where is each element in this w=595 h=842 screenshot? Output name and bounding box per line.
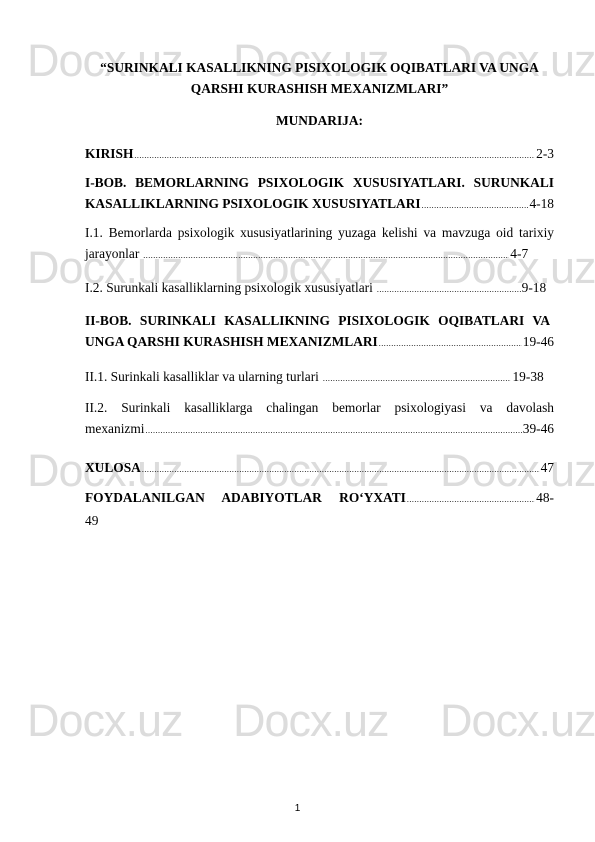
toc-entry-text: UNGA QARSHI KURASHISH MEXANIZMLARI (85, 331, 378, 352)
watermark: Docx.uz (27, 698, 183, 743)
toc-leader-dots (142, 459, 540, 480)
document-title-line2: QARSHI KURASHISH MEXANIZMLARI” (85, 78, 554, 99)
toc-page-range: 4-7 (510, 243, 528, 264)
toc-entry-references[interactable]: FOYDALANILGAN ADABIYOTLAR RO‘YXATI 48- 4… (85, 487, 554, 531)
page-number: 1 (0, 803, 595, 814)
toc-entry-chapter-2[interactable]: II-BOB. SURINKALI KASALLIKNING PISIXOLOG… (85, 310, 554, 354)
toc-entry-conclusion[interactable]: XULOSA 47 (85, 457, 554, 480)
toc-entry-chapter-1[interactable]: I-BOB. BEMORLARNING PSIXOLOGIK XUSUSIYAT… (85, 172, 554, 216)
toc-leader-dots (323, 368, 512, 389)
toc-entry-kirish[interactable]: KIRISH 2-3 (85, 143, 554, 166)
toc-page-range: 4-18 (529, 193, 554, 214)
watermark: Docx.uz (440, 698, 595, 743)
toc-entry-text: XULOSA (85, 457, 141, 478)
watermark: Docx.uz (233, 698, 389, 743)
toc-entry-text: II.1. Surinkali kasalliklar va ularning … (85, 366, 319, 387)
toc-entry-section-1-1[interactable]: I.1. Bemorlarda psixologik xususiyatlari… (85, 222, 554, 266)
document-title: “SURINKALI KASALLIKNING PISIXOLOGIK OQIB… (85, 57, 554, 99)
toc-entry-text: I.1. Bemorlarda psixologik xususiyatlari… (85, 222, 554, 243)
toc-entry-section-2-1[interactable]: II.1. Surinkali kasalliklar va ularning … (85, 366, 554, 389)
toc-entry-section-1-2[interactable]: I.2. Surunkali kasalliklarning psixologi… (85, 277, 554, 300)
toc-entry-text: I.2. Surunkali kasalliklarning psixologi… (85, 277, 373, 298)
document-title-line1: “SURINKALI KASALLIKNING PISIXOLOGIK OQIB… (85, 57, 554, 78)
toc-page-range: 19-38 (512, 366, 543, 387)
toc-entry-text: mexanizmi (85, 418, 145, 439)
toc-entry-text: FOYDALANILGAN ADABIYOTLAR RO‘YXATI (85, 487, 406, 508)
toc-page-range: 48- (536, 487, 554, 508)
toc-entry-text: KASALLIKLARNING PSIXOLOGIK XUSUSIYATLARI (85, 193, 421, 214)
toc-leader-dots (146, 420, 522, 441)
toc-page-range-wrap: 49 (85, 510, 554, 531)
toc-leader-dots (143, 245, 509, 266)
toc-leader-dots (134, 145, 535, 166)
toc-entry-text: KIRISH (85, 143, 133, 164)
toc-leader-dots (422, 195, 529, 216)
toc-leader-dots (379, 333, 522, 354)
toc-heading: MUNDARIJA: (85, 113, 554, 129)
toc-entry-text: jarayonlar (85, 243, 139, 264)
toc-entry-section-2-2[interactable]: II.2. Surinkali kasalliklarga chalingan … (85, 397, 554, 441)
toc-entry-text: II.2. Surinkali kasalliklarga chalingan … (85, 397, 554, 418)
toc-page-range: 39-46 (523, 418, 554, 439)
toc-page-range: 19-46 (523, 331, 554, 352)
toc-entry-text: II-BOB. SURINKALI KASALLIKNING PISIXOLOG… (85, 310, 554, 331)
toc-leader-dots (407, 489, 535, 510)
toc-entry-text: I-BOB. BEMORLARNING PSIXOLOGIK XUSUSIYAT… (85, 172, 554, 193)
toc-leader-dots (377, 279, 521, 300)
toc-page-range: 9-18 (522, 277, 547, 298)
toc-page-range: 47 (541, 457, 554, 478)
toc-page-range: 2-3 (536, 143, 554, 164)
